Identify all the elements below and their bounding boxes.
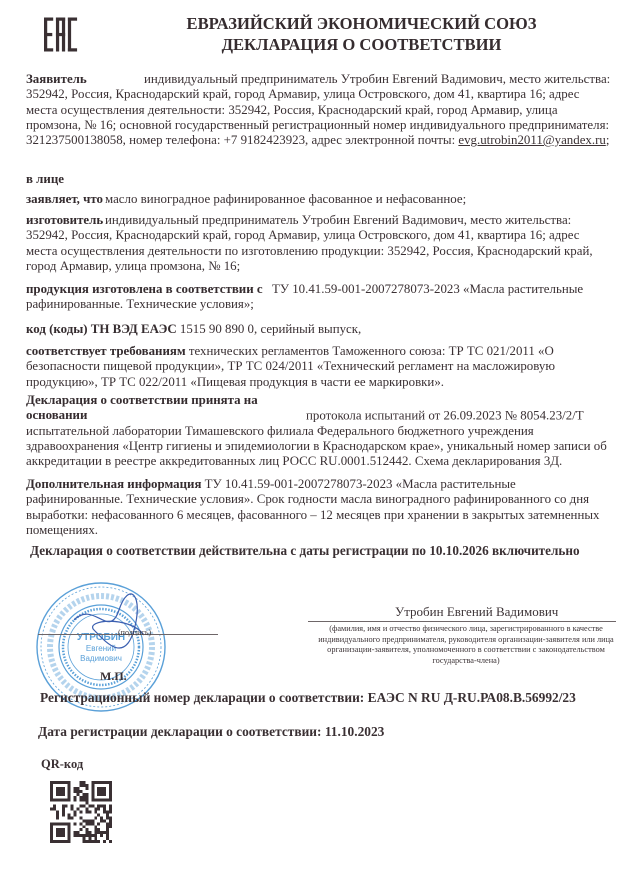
registration-number-value: ЕАЭС N RU Д-RU.РА08.В.56992/23 (368, 690, 576, 705)
additional-section: Дополнительная информация ТУ 10.41.59-00… (26, 477, 611, 538)
produced-per-section: продукция изготовлена в соответствии сТУ… (26, 282, 611, 313)
hs-code-value: 1515 90 890 0, серийный выпуск, (180, 322, 361, 336)
validity-statement: Декларация о соответствии действительна … (30, 543, 615, 558)
registration-date-value: 11.10.2023 (325, 724, 385, 739)
registration-number-label: Регистрационный номер декларации о соотв… (40, 690, 364, 705)
declares-section: заявляет, чтомасло виноградное рафиниров… (26, 192, 611, 207)
title-line-2: ДЕКЛАРАЦИЯ О СООТВЕТСТВИИ (95, 34, 628, 55)
applicant-email-link[interactable]: evg.utrobin2011@yandex.ru (458, 133, 605, 147)
manufacturer-label: изготовитель (26, 213, 105, 228)
applicant-label: Заявитель (26, 72, 144, 87)
applicant-name: индивидуальный предприниматель Утробин Е… (144, 72, 506, 86)
hs-code-label: код (коды) ТН ВЭД ЕАЭС (26, 322, 177, 336)
title-line-1: ЕВРАЗИЙСКИЙ ЭКОНОМИЧЕСКИЙ СОЮЗ (95, 13, 628, 34)
registration-date-label: Дата регистрации декларации о соответств… (38, 724, 321, 739)
qr-code-icon[interactable] (50, 781, 112, 843)
registration-date: Дата регистрации декларации о соответств… (38, 724, 384, 740)
declares-value: масло виноградное рафинированное фасован… (105, 192, 466, 206)
signatory-line (308, 621, 616, 622)
in-person-section: в лице (26, 172, 611, 187)
mp-label: М.П. (100, 669, 127, 684)
additional-label: Дополнительная информация (26, 477, 201, 491)
applicant-tail: ; (606, 133, 610, 147)
produced-per-label: продукция изготовлена в соответствии с (26, 282, 272, 297)
manufacturer-name: индивидуальный предприниматель Утробин Е… (105, 213, 467, 227)
applicant-section: Заявительиндивидуальный предприниматель … (26, 72, 611, 148)
hs-code-section: код (коды) ТН ВЭД ЕАЭС 1515 90 890 0, се… (26, 322, 611, 337)
complies-section: соответствует требованиям технических ре… (26, 344, 611, 390)
complies-label: соответствует требованиям (26, 344, 186, 358)
document-title: ЕВРАЗИЙСКИЙ ЭКОНОМИЧЕСКИЙ СОЮЗ ДЕКЛАРАЦИ… (0, 13, 628, 55)
signatory-name: Утробин Евгений Вадимович (325, 604, 615, 620)
basis-section: Декларация о соответствии принята на осн… (26, 393, 611, 469)
svg-text:Вадимович: Вадимович (80, 654, 122, 663)
in-person-label: в лице (26, 172, 64, 186)
basis-label: Декларация о соответствии принята на осн… (26, 393, 306, 424)
qr-label: QR-код (41, 757, 83, 772)
signature-label: (подпись) (118, 628, 151, 637)
registration-number: Регистрационный номер декларации о соотв… (40, 690, 576, 706)
signatory-caption: (фамилия, имя и отчество физического лиц… (316, 624, 616, 666)
manufacturer-section: изготовительиндивидуальный предпринимате… (26, 213, 611, 274)
declares-label: заявляет, что (26, 192, 105, 207)
